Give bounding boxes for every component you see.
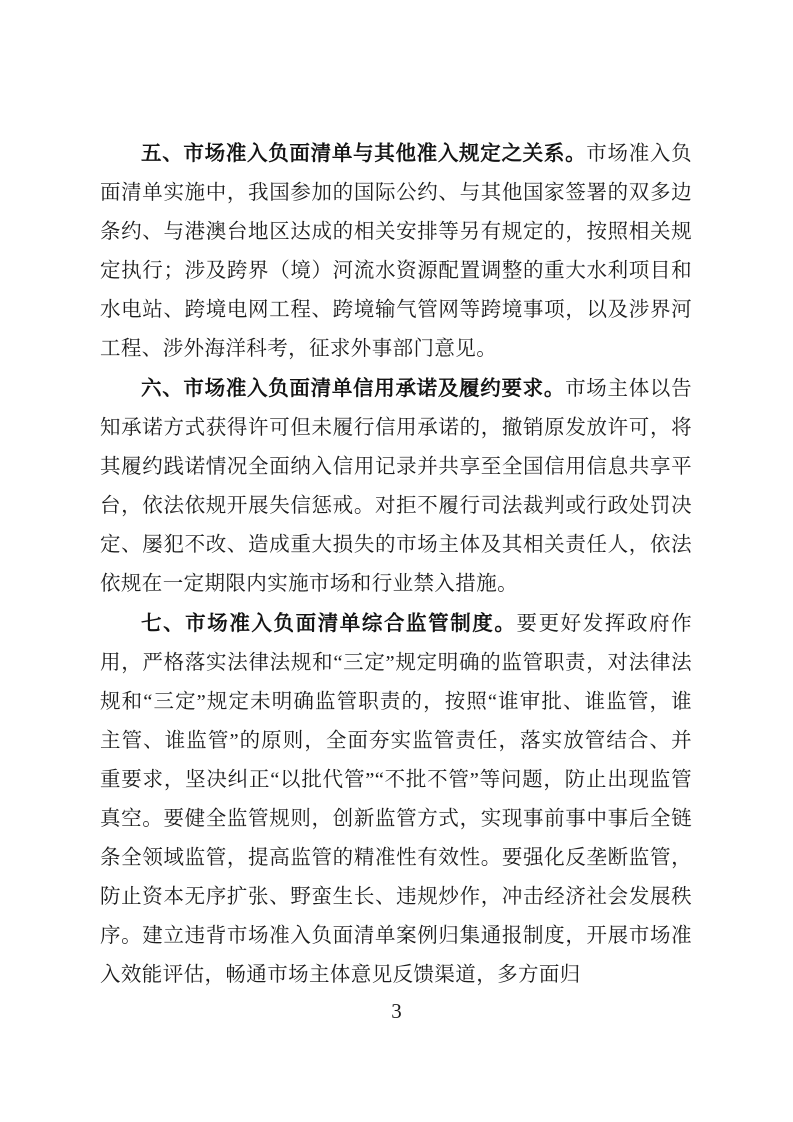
paragraph-7-body: 要更好发挥政府作用，严格落实法律法规和“三定”规定明确的监管职责，对法律法规和“… [100,613,692,986]
paragraph-5-heading: 五、市场准入负面清单与其他准入规定之关系。 [141,142,586,165]
document-body: 五、市场准入负面清单与其他准入规定之关系。市场准入负面清单实施中，我国参加的国际… [100,134,692,995]
page-number: 3 [0,996,793,1026]
paragraph-7-heading: 七、市场准入负面清单综合监管制度。 [141,612,516,635]
paragraph-6-body: 市场主体以告知承诺方式获得许可但未履行信用承诺的，撤销原发放许可，将其履约践诺情… [100,378,692,595]
paragraph-section-6: 六、市场准入负面清单信用承诺及履约要求。市场主体以告知承诺方式获得许可但未履行信… [100,369,692,604]
paragraph-section-7: 七、市场准入负面清单综合监管制度。要更好发挥政府作用，严格落实法律法规和“三定”… [100,604,692,995]
paragraph-6-heading: 六、市场准入负面清单信用承诺及履约要求。 [141,377,565,400]
paragraph-section-5: 五、市场准入负面清单与其他准入规定之关系。市场准入负面清单实施中，我国参加的国际… [100,134,692,369]
paragraph-5-body: 市场准入负面清单实施中，我国参加的国际公约、与其他国家签署的双多边条约、与港澳台… [100,143,692,360]
document-page: 五、市场准入负面清单与其他准入规定之关系。市场准入负面清单实施中，我国参加的国际… [0,0,793,1122]
